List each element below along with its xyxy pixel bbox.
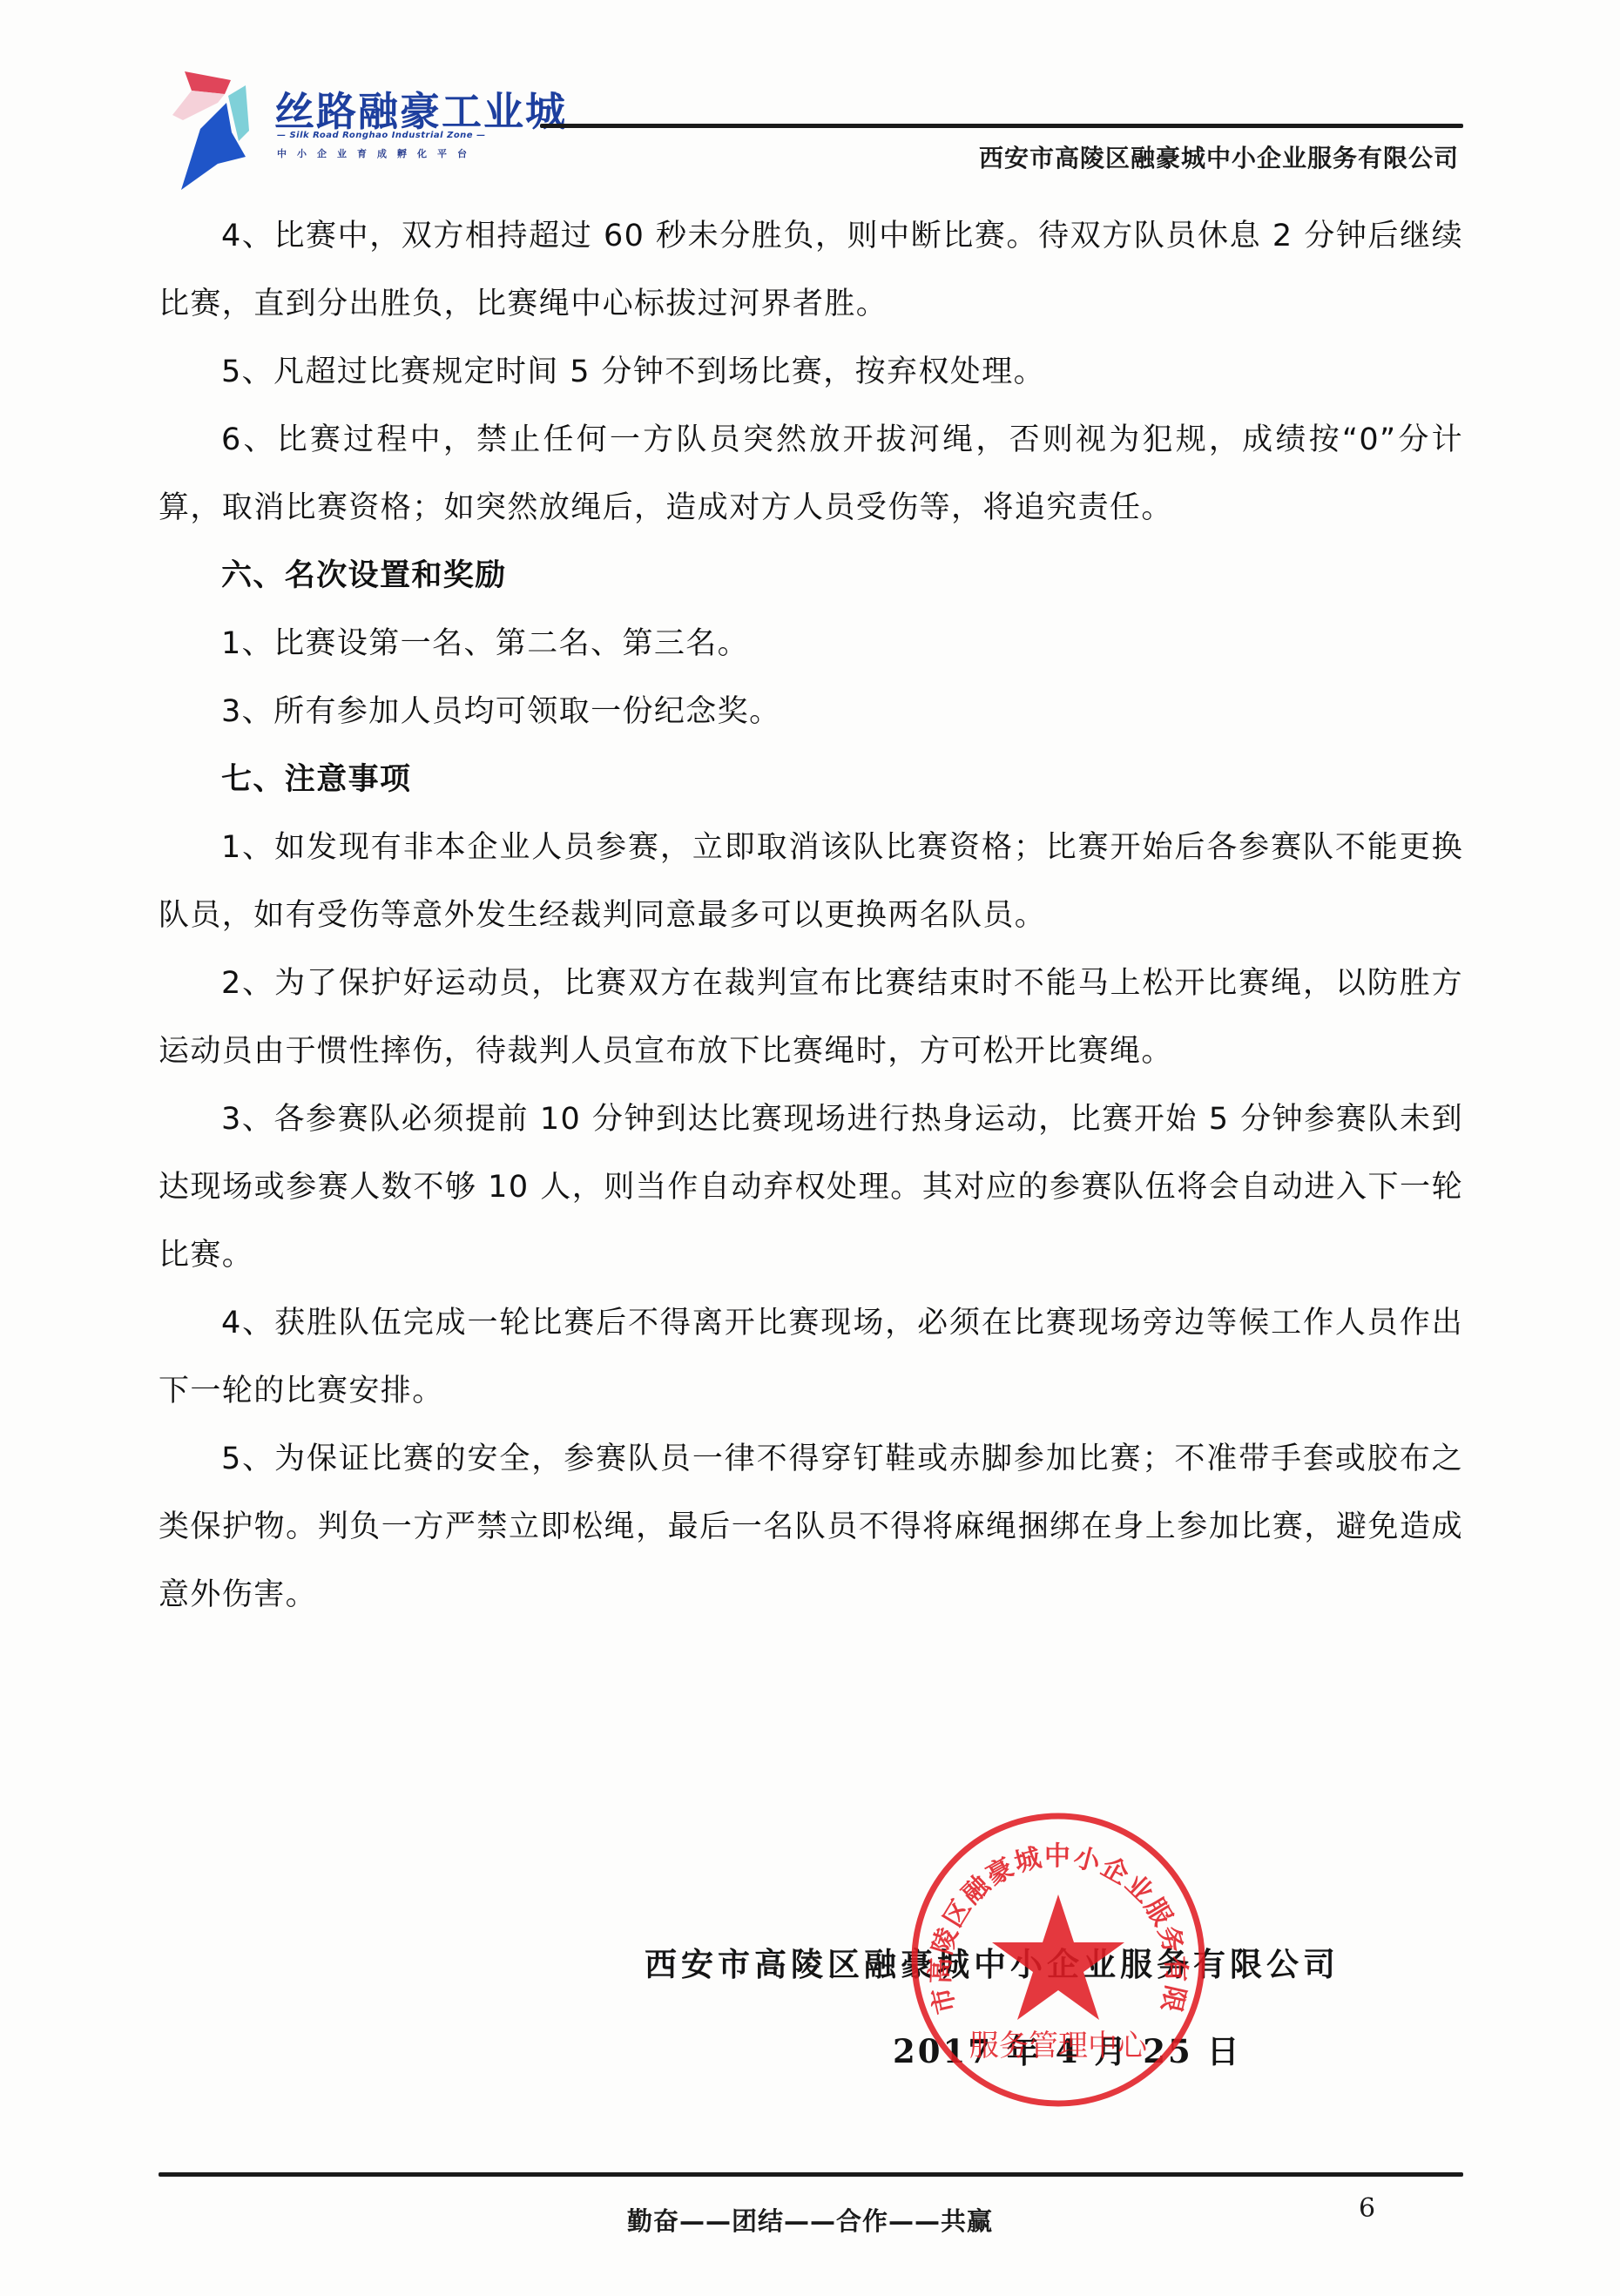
official-seal-icon: 西安市高陵区融豪城中小企业服务有限公司 服务管理中心: [906, 1807, 1211, 2112]
seal-center-text: 服务管理中心: [969, 2029, 1149, 2063]
header-divider: [540, 124, 1463, 128]
header-company-name: 西安市高陵区融豪城中小企业服务有限公司: [979, 139, 1459, 174]
section-heading-awards: 六、名次设置和奖励: [159, 542, 1463, 610]
logo-subtitle-en: — Silk Road Ronghao Industrial Zone —: [277, 131, 486, 140]
rule-item: 1、比赛设第一名、第二名、第三名。: [159, 610, 1463, 678]
rule-item: 1、如发现有非本企业人员参赛，立即取消该队比赛资格；比赛开始后各参赛队不能更换队…: [159, 814, 1463, 949]
section-heading-notes: 七、注意事项: [159, 746, 1463, 814]
document-body: 4、比赛中，双方相持超过 60 秒未分胜负，则中断比赛。待双方队员休息 2 分钟…: [159, 202, 1463, 1629]
rule-item: 4、比赛中，双方相持超过 60 秒未分胜负，则中断比赛。待双方队员休息 2 分钟…: [159, 202, 1463, 338]
rule-item: 6、比赛过程中，禁止任何一方队员突然放开拔河绳，否则视为犯规，成绩按“0”分计算…: [159, 406, 1463, 542]
footer-motto: 勤奋——团结——合作——共赢: [0, 2202, 1620, 2238]
logo-title: 丝路融豪工业城: [274, 80, 567, 138]
letterhead: 丝路融豪工业城 — Silk Road Ronghao Industrial Z…: [0, 0, 1620, 187]
rule-item: 5、凡超过比赛规定时间 5 分钟不到场比赛，按弃权处理。: [159, 338, 1463, 406]
rule-item: 3、所有参加人员均可领取一份纪念奖。: [159, 678, 1463, 746]
page-number: 6: [1359, 2193, 1375, 2224]
rule-item: 2、为了保护好运动员，比赛双方在裁判宣布比赛结束时不能马上松开比赛绳，以防胜方运…: [159, 949, 1463, 1085]
company-logo-icon: [165, 61, 274, 192]
footer-divider: [159, 2172, 1463, 2177]
logo-subtitle-cn: 中小企业育成孵化平台: [277, 146, 477, 160]
rule-item: 3、各参赛队必须提前 10 分钟到达比赛现场进行热身运动，比赛开始 5 分钟参赛…: [159, 1085, 1463, 1289]
rule-item: 4、获胜队伍完成一轮比赛后不得离开比赛现场，必须在比赛现场旁边等候工作人员作出下…: [159, 1289, 1463, 1425]
rule-item: 5、为保证比赛的安全，参赛队员一律不得穿钉鞋或赤脚参加比赛；不准带手套或胶布之类…: [159, 1425, 1463, 1629]
